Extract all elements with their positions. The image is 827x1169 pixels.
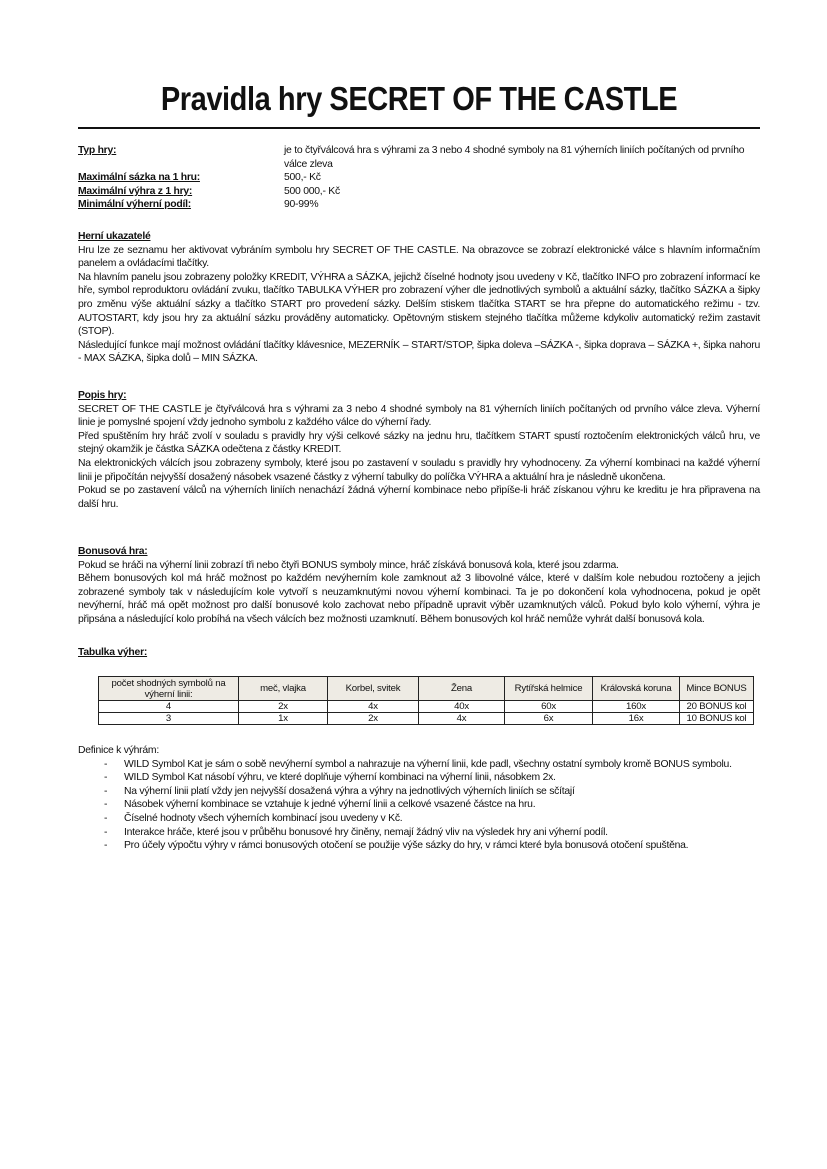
list-item-text: WILD Symbol Kat je sám o sobě nevýherní … xyxy=(124,759,732,770)
paragraph: Hru lze ze seznamu her aktivovat vybrání… xyxy=(78,244,760,271)
definitions-heading: Definice k výhrám: xyxy=(78,744,778,758)
paytable-grid: počet shodných symbolů na výherní linii:… xyxy=(98,676,754,725)
info-row-min-rtp: Minimální výherní podíl: 90-99% xyxy=(78,198,760,212)
section-heading: Bonusová hra: xyxy=(78,545,760,559)
paragraph: Pokud se po zastavení válců na výherních… xyxy=(78,484,760,511)
table-cell: 1x xyxy=(239,713,328,725)
table-cell: 4x xyxy=(328,701,419,713)
info-label: Maximální výhra z 1 hry: xyxy=(78,185,284,199)
list-item: -Interakce hráče, které jsou v průběhu b… xyxy=(78,826,778,840)
list-item-text: Pro účely výpočtu výhry v rámci bonusový… xyxy=(124,840,688,851)
definitions-list: -WILD Symbol Kat je sám o sobě nevýherní… xyxy=(78,758,778,853)
section-paytable: Tabulka výher: xyxy=(78,646,760,660)
list-item-text: Interakce hráče, které jsou v průběhu bo… xyxy=(124,827,608,838)
table-cell: 2x xyxy=(328,713,419,725)
info-row-max-win: Maximální výhra z 1 hry: 500 000,- Kč xyxy=(78,185,760,199)
section-heading: Popis hry: xyxy=(78,389,760,403)
table-cell: 16x xyxy=(593,713,680,725)
info-value: je to čtyřválcová hra s výhrami za 3 neb… xyxy=(284,144,760,171)
table-cell: 2x xyxy=(239,701,328,713)
paytable-header-row: počet shodných symbolů na výherní linii:… xyxy=(99,677,754,701)
table-cell: 6x xyxy=(505,713,593,725)
page-title: Pravidla hry SECRET OF THE CASTLE xyxy=(119,80,719,118)
paragraph: Na hlavním panelu jsou zobrazeny položky… xyxy=(78,271,760,339)
table-cell: 4x xyxy=(419,713,505,725)
table-cell: 4 xyxy=(99,701,239,713)
win-definitions: Definice k výhrám: -WILD Symbol Kat je s… xyxy=(78,744,778,853)
info-label: Maximální sázka na 1 hru: xyxy=(78,171,284,185)
paragraph: SECRET OF THE CASTLE je čtyřválcová hra … xyxy=(78,403,760,430)
info-value: 500,- Kč xyxy=(284,171,760,185)
table-cell: 20 BONUS kol xyxy=(680,701,754,713)
list-item: -WILD Symbol Kat je sám o sobě nevýherní… xyxy=(78,758,778,772)
list-item-text: WILD Symbol Kat násobí výhru, ve které d… xyxy=(124,772,556,783)
section-game-description: Popis hry: SECRET OF THE CASTLE je čtyřv… xyxy=(78,389,760,511)
header-cell: Mince BONUS xyxy=(680,677,754,701)
info-value: 90-99% xyxy=(284,198,760,212)
info-label: Typ hry: xyxy=(78,144,284,171)
list-item: -Číselné hodnoty všech výherních kombina… xyxy=(78,812,778,826)
list-item-text: Číselné hodnoty všech výherních kombinac… xyxy=(124,813,402,824)
header-cell: Korbel, svitek xyxy=(328,677,419,701)
paragraph: Před spuštěním hry hráč zvolí v souladu … xyxy=(78,430,760,457)
bullet-dash: - xyxy=(104,758,107,772)
header-cell: počet shodných symbolů na výherní linii: xyxy=(99,677,239,701)
paytable: počet shodných symbolů na výherní linii:… xyxy=(98,676,754,725)
bullet-dash: - xyxy=(104,839,107,853)
table-cell: 60x xyxy=(505,701,593,713)
table-row: 3 1x 2x 4x 6x 16x 10 BONUS kol xyxy=(99,713,754,725)
game-info: Typ hry: je to čtyřválcová hra s výhrami… xyxy=(78,144,760,212)
info-label: Minimální výherní podíl: xyxy=(78,198,284,212)
info-row-max-bet: Maximální sázka na 1 hru: 500,- Kč xyxy=(78,171,760,185)
bullet-dash: - xyxy=(104,826,107,840)
section-heading: Herní ukazatelé xyxy=(78,230,760,244)
list-item-text: Na výherní linii platí vždy jen nejvyšší… xyxy=(124,786,575,797)
list-item: -WILD Symbol Kat násobí výhru, ve které … xyxy=(78,771,778,785)
bullet-dash: - xyxy=(104,812,107,826)
paragraph: Během bonusových kol má hráč možnost po … xyxy=(78,572,760,626)
header-cell: Žena xyxy=(419,677,505,701)
section-heading: Tabulka výher: xyxy=(78,646,760,660)
info-row-type: Typ hry: je to čtyřválcová hra s výhrami… xyxy=(78,144,760,171)
list-item: -Pro účely výpočtu výhry v rámci bonusov… xyxy=(78,839,778,853)
table-cell: 10 BONUS kol xyxy=(680,713,754,725)
table-row: 4 2x 4x 40x 60x 160x 20 BONUS kol xyxy=(99,701,754,713)
bullet-dash: - xyxy=(104,771,107,785)
info-value: 500 000,- Kč xyxy=(284,185,760,199)
section-bonus-game: Bonusová hra: Pokud se hráči na výherní … xyxy=(78,545,760,627)
list-item-text: Násobek výherní kombinace se vztahuje k … xyxy=(124,799,535,810)
bullet-dash: - xyxy=(104,798,107,812)
paragraph: Pokud se hráči na výherní linii zobrazí … xyxy=(78,559,760,573)
paragraph: Následující funkce mají možnost ovládání… xyxy=(78,339,760,366)
bullet-dash: - xyxy=(104,785,107,799)
table-cell: 160x xyxy=(593,701,680,713)
header-cell: Královská koruna xyxy=(593,677,680,701)
table-cell: 40x xyxy=(419,701,505,713)
title-divider xyxy=(78,127,760,129)
list-item: -Násobek výherní kombinace se vztahuje k… xyxy=(78,798,778,812)
table-cell: 3 xyxy=(99,713,239,725)
paragraph: Na elektronických válcích jsou zobrazeny… xyxy=(78,457,760,484)
list-item: -Na výherní linii platí vždy jen nejvyšš… xyxy=(78,785,778,799)
header-cell: Rytířská helmice xyxy=(505,677,593,701)
header-cell: meč, vlajka xyxy=(239,677,328,701)
section-game-indicators: Herní ukazatelé Hru lze ze seznamu her a… xyxy=(78,230,760,366)
